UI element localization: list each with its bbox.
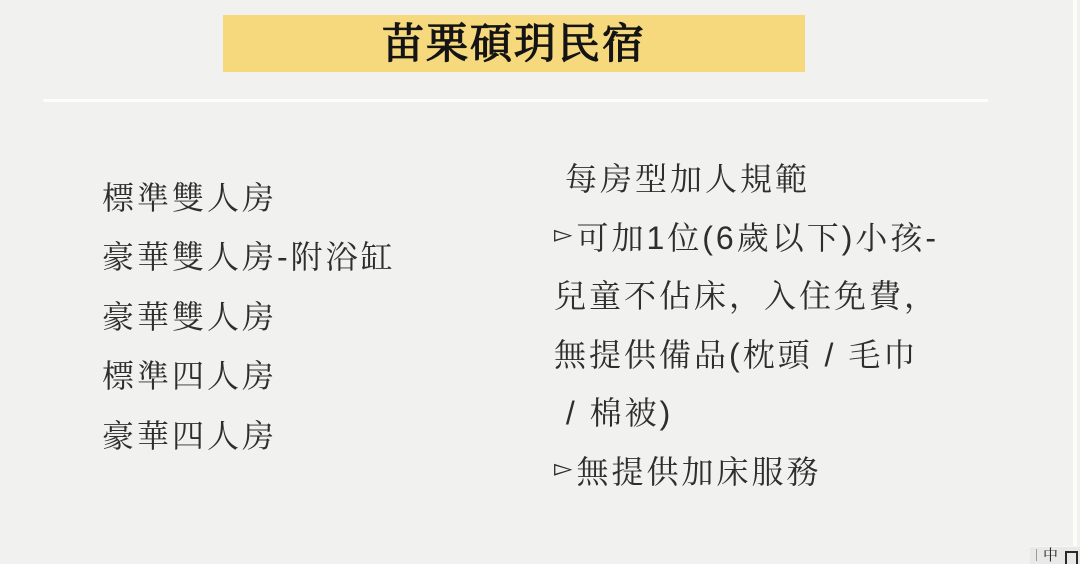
- rule-text: 無提供加床服務: [576, 447, 821, 493]
- ime-partial-icon[interactable]: [1065, 551, 1078, 564]
- room-type-item: 標準雙人房: [102, 166, 396, 226]
- extra-person-rules: 每房型加人規範 ▻ 可加1位(6歲以下)小孩- 兒童不佔床，入住免費， 無提供備…: [554, 148, 939, 499]
- divider-line: [43, 99, 988, 102]
- rules-heading-text: 每房型加人規範: [565, 154, 810, 200]
- room-type-list: 標準雙人房 豪華雙人房-附浴缸 豪華雙人房 標準四人房 豪華四人房: [102, 166, 396, 464]
- rule-text: 兒童不佔床，入住免費，: [554, 271, 939, 317]
- triangle-bullet-icon: ▻: [554, 454, 572, 483]
- rule-text: / 棉被): [554, 388, 673, 434]
- title-banner: 苗栗碩玥民宿: [223, 15, 805, 72]
- rule-line: 無提供備品(枕頭 / 毛巾: [554, 324, 939, 383]
- page-edge-strip: [1073, 0, 1077, 564]
- room-type-item: 豪華四人房: [102, 404, 396, 464]
- rule-line: 兒童不佔床，入住免費，: [554, 265, 939, 324]
- rule-line: ▻ 無提供加床服務: [554, 441, 939, 500]
- rule-text: 可加1位(6歲以下)小孩-: [576, 213, 939, 259]
- slide-page: 苗栗碩玥民宿 標準雙人房 豪華雙人房-附浴缸 豪華雙人房 標準四人房 豪華四人房…: [0, 0, 1080, 564]
- divider: [1036, 549, 1037, 561]
- room-type-item: 豪華雙人房-附浴缸: [102, 226, 396, 286]
- rules-heading: 每房型加人規範: [554, 148, 939, 207]
- rule-line: ▻ 可加1位(6歲以下)小孩-: [554, 207, 939, 266]
- ime-language-label[interactable]: 中: [1043, 547, 1058, 564]
- triangle-bullet-icon: ▻: [554, 220, 572, 249]
- page-title: 苗栗碩玥民宿: [382, 23, 646, 65]
- rule-text: 無提供備品(枕頭 / 毛巾: [554, 330, 918, 376]
- room-type-item: 豪華雙人房: [102, 285, 396, 345]
- rule-line: / 棉被): [554, 382, 939, 441]
- ime-status-overlay[interactable]: 中: [1030, 546, 1080, 564]
- room-type-item: 標準四人房: [102, 345, 396, 405]
